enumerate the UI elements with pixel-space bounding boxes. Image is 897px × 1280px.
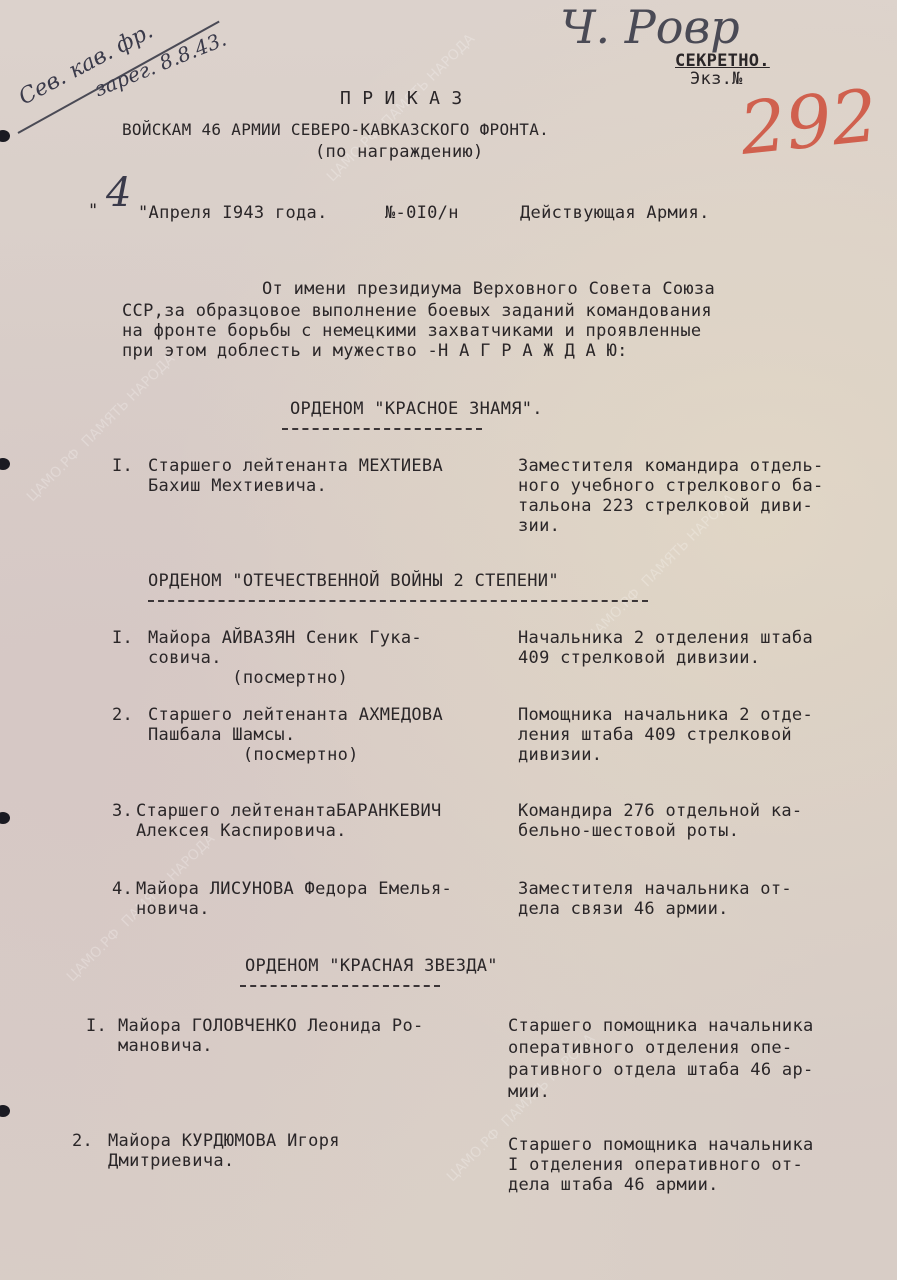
section-heading: ОРДЕНОМ "ОТЕЧЕСТВЕННОЙ ВОЙНЫ 2 СТЕПЕНИ" [148,570,559,592]
preamble-line: ССР,за образцовое выполнение боевых зада… [122,300,712,322]
entry-number: 2. [112,704,133,726]
document-page: ЦАМО.РФ ПАМЯТЬ НАРОДА ЦАМО.РФ ПАМЯТЬ НАР… [0,0,897,1280]
entry-name: Майора АЙВАЗЯН Сеник Гука- [148,627,422,649]
preamble-line: при этом доблесть и мужество -Н А Г Р А … [122,340,628,362]
entry-number: I. [86,1015,107,1037]
entry-position: зии. [518,515,560,537]
entry-name: Дмитриевича. [108,1150,234,1172]
entry-position: Начальника 2 отделения штаба [518,627,813,649]
entry-number: 3. [112,800,133,822]
entry-position: Старшего помощника начальника [508,1134,814,1156]
entry-name: Майора КУРДЮМОВА Игоря [108,1130,340,1152]
entry-posthumous: (посмертно) [148,744,359,766]
date: "Апреля I943 года. [138,202,328,224]
entry-position: ления штаба 409 стрелковой [518,724,792,746]
date-quote: " [88,200,99,222]
preamble-line: на фронте борьбы с немецкими захватчикам… [122,320,701,342]
entry-position: дивизии. [518,744,602,766]
entry-number: I. [112,455,133,477]
entry-position: мии. [508,1081,550,1103]
punch-hole [0,130,10,142]
entry-posthumous: (посмертно) [148,667,348,689]
entry-position: I отделения оперативного от- [508,1154,803,1176]
entry-number: 2. [72,1130,93,1152]
section-heading: ОРДЕНОМ "КРАСНОЕ ЗНАМЯ". [290,398,543,420]
entry-position: дела штаба 46 армии. [508,1174,719,1196]
entry-name: Старшего лейтенанта МЕХТИЕВА [148,455,443,477]
section-heading: ОРДЕНОМ "КРАСНАЯ ЗВЕЗДА" [245,955,498,977]
entry-position: тальона 223 стрелковой диви- [518,495,813,517]
heading-underline [240,985,440,987]
order-number: №-0I0/н [385,202,459,224]
punch-hole [0,1105,10,1117]
entry-number: 4. [112,878,133,900]
entry-name: Старшего лейтенанта АХМЕДОВА [148,704,443,726]
handwritten-red-number: 292 [736,73,881,171]
punch-hole [0,812,10,824]
title: П Р И К А З [340,88,463,110]
entry-position: оперативного отделения опе- [508,1037,792,1059]
entry-name: Алексея Каспировича. [136,820,347,842]
entry-position: дела связи 46 армии. [518,898,729,920]
preamble-line: От имени президиума Верховного Совета Со… [262,278,715,300]
handwritten-signature: Ч. Ровр [560,0,740,54]
entry-position: Командира 276 отдельной ка- [518,800,802,822]
subtitle-award: (по награждению) [315,141,484,163]
entry-position: Помощника начальника 2 отде- [518,704,813,726]
heading-underline [282,428,482,430]
heading-underline [148,600,648,602]
entry-position: бельно-шестовой роты. [518,820,739,842]
entry-position: ративного отдела штаба 46 ар- [508,1059,814,1081]
entry-position: Заместителя командира отдель- [518,455,824,477]
entry-position: Старшего помощника начальника [508,1015,814,1037]
location: Действующая Армия. [520,202,710,224]
entry-position: 409 стрелковой дивизии. [518,647,760,669]
entry-name: мановича. [118,1035,213,1057]
entry-position: Заместителя начальника от- [518,878,792,900]
entry-name: Пашбала Шамсы. [148,724,296,746]
entry-name: Бахиш Мехтиевича. [148,475,327,497]
entry-number: I. [112,627,133,649]
entry-name: новича. [136,898,210,920]
entry-name: Майора ЛИСУНОВА Федора Емелья- [136,878,452,900]
entry-name: совича. [148,647,222,669]
punch-hole [0,458,10,470]
date-day-handwritten: 4 [106,170,131,216]
subtitle: ВОЙСКАМ 46 АРМИИ СЕВЕРО-КАВКАЗСКОГО ФРОН… [122,119,549,141]
entry-position: ного учебного стрелкового ба- [518,475,824,497]
copy-number-label: Экз.№ [690,68,743,90]
entry-name: Старшего лейтенантаБАРАНКЕВИЧ [136,800,442,822]
entry-name: Майора ГОЛОВЧЕНКО Леонида Ро- [118,1015,424,1037]
